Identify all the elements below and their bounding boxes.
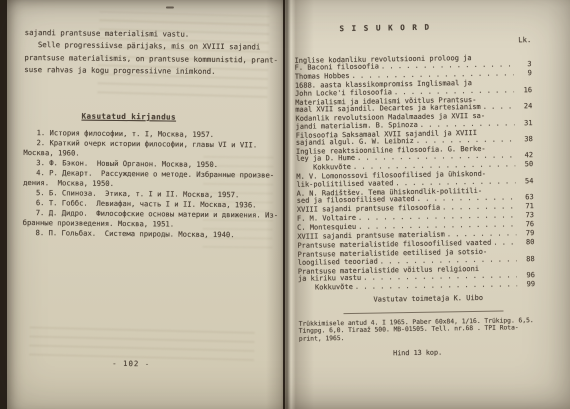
toc-entry-text: XVIII sajandi prantsuse filosoofia bbox=[297, 205, 440, 215]
toc-page-number: 63 bbox=[518, 194, 534, 202]
toc-entry: Materialismi ja idealismi võitlus Prants… bbox=[295, 96, 532, 115]
intro-paragraph: sajandi prantsuse materialismi vastu. Se… bbox=[24, 27, 278, 79]
toc-page-number: 79 bbox=[518, 230, 534, 238]
toc-entry: Prantsuse materialistide eetilised ja so… bbox=[298, 248, 535, 267]
page-column-label: Lk. bbox=[294, 35, 531, 48]
dot-leader: . . . . . . . . . . . . . . . . . . . . … bbox=[493, 240, 516, 248]
toc-entry-last-line: Kokkuvõte. . . . . . . . . . . . . . . .… bbox=[298, 281, 535, 292]
bibliography-list: 1. История философии, т. I, Москва, 1957… bbox=[23, 128, 279, 241]
toc-entry-text: C. Montesquieu bbox=[297, 224, 356, 232]
right-page-content: S I S U K O R D Lk. Inglise kodanliku re… bbox=[279, 0, 570, 409]
bibliography-line: 8. П. Гольбах. Система природы. Москва, … bbox=[23, 228, 278, 241]
imprint-divider bbox=[344, 311, 504, 315]
toc-page-number: 3 bbox=[516, 61, 532, 69]
imprint-block: Trükkimisele antud 4. I 1965. Paber 60x8… bbox=[299, 317, 534, 343]
dot-leader: . . . . . . . . . . . . . . . . . . . . … bbox=[447, 231, 517, 239]
dot-leader: . . . . . . . . . . . . . . . . . . . . … bbox=[420, 120, 515, 129]
left-page-content: sajandi prantsuse materialismi vastu. Se… bbox=[3, 0, 283, 409]
left-page-number: - 102 - bbox=[3, 358, 259, 370]
toc-entry-text: Kokkuvõte bbox=[296, 164, 351, 172]
toc-page-number: 42 bbox=[517, 153, 533, 161]
toc-entry-text: Kokkuvõte bbox=[298, 284, 353, 292]
dot-leader: . . . . . . . . . . . . . . . . . . . . … bbox=[417, 195, 516, 204]
toc-page-number: 38 bbox=[517, 136, 533, 144]
toc-page-number: 73 bbox=[518, 212, 534, 220]
toc-page-number: 76 bbox=[518, 221, 534, 229]
toc-page-number: 54 bbox=[517, 178, 533, 186]
toc-entry: Inglise kodanliku revolutsiooni proloog … bbox=[294, 54, 531, 73]
toc-entry-text: Thomas Hobbes bbox=[295, 73, 350, 81]
intro-line: suse rahvas ja kogu progressiivne inimko… bbox=[24, 64, 278, 79]
dot-leader: . . . . . . . . . . . . . . . . . . . . … bbox=[483, 104, 515, 112]
dot-leader: . . . . . . . . . . . . . . . . . . . . … bbox=[395, 178, 515, 187]
toc-page-number: 50 bbox=[517, 162, 533, 170]
dot-leader: . . . . . . . . . . . . . . . . . . . . … bbox=[355, 281, 517, 291]
dot-leader: . . . . . . . . . . . . . . . . . . . . … bbox=[381, 62, 514, 71]
dot-leader: . . . . . . . . . . . . . . . . . . . . … bbox=[416, 136, 515, 145]
toc-entry: Kodanlik revolutsioon Madalmaades ja XVI… bbox=[295, 112, 532, 131]
toc-page-number: 16 bbox=[516, 87, 532, 95]
price-line: Hind 13 kop. bbox=[299, 347, 536, 359]
toc-entry: Filosoofia Saksamaal XVII sajandil ja XV… bbox=[296, 129, 533, 148]
toc-entry: M. V. Lomonossovi filosoofilised ja ühis… bbox=[296, 171, 533, 190]
toc-entry: Inglise reaktsiooniline filosoofia. G. B… bbox=[296, 145, 533, 164]
toc-page-number: 31 bbox=[516, 120, 532, 128]
toc-page-number: 80 bbox=[518, 239, 534, 247]
book-spread-photo: sajandi prantsuse materialismi vastu. Se… bbox=[0, 0, 570, 409]
toc-list: Inglise kodanliku revolutsiooni proloog … bbox=[294, 54, 535, 294]
toc-page-number: 71 bbox=[518, 203, 534, 211]
toc-entry: Prantsuse materialistide võitlus religio… bbox=[298, 265, 535, 284]
toc-entry: 1688. aasta klassikompromiss Inglismaal … bbox=[295, 79, 532, 98]
toc-page-number: 9 bbox=[516, 70, 532, 78]
toc-entry-text: loogilised teooriad bbox=[298, 258, 378, 267]
stray-ink-mark bbox=[166, 6, 174, 8]
toc-entry-text: ley ja D. Hume bbox=[296, 155, 355, 163]
toc-page-number: 96 bbox=[519, 272, 535, 280]
dot-leader: . . . . . . . . . . . . . . . . . . . . … bbox=[442, 204, 516, 213]
toc-page-number: 24 bbox=[516, 103, 532, 111]
toc-page-number: 88 bbox=[519, 256, 535, 264]
toc-entry: A. N. Radištšev. Tema ühiskondlik-poliit… bbox=[297, 187, 534, 206]
toc-title: S I S U K O R D bbox=[294, 22, 476, 34]
toc-entry: Kokkuvõte. . . . . . . . . . . . . . . .… bbox=[298, 281, 535, 292]
bibliography-heading: Kasutatud kirjandus bbox=[24, 111, 234, 122]
toc-entry-text: F. Baconi filosoofia bbox=[295, 64, 379, 73]
dot-leader: . . . . . . . . . . . . . . . . . . . . … bbox=[380, 256, 517, 266]
left-page: sajandi prantsuse materialismi vastu. Se… bbox=[7, 0, 283, 409]
dot-leader: . . . . . . . . . . . . . . . . . . . . … bbox=[394, 87, 514, 96]
toc-entry-text: F. M. Voltaire bbox=[297, 215, 356, 223]
editor-line: Vastutav toimetaja K. Uibo bbox=[308, 293, 548, 305]
right-page: S I S U K O R D Lk. Inglise kodanliku re… bbox=[285, 0, 570, 409]
toc-page-number: 99 bbox=[519, 281, 535, 289]
